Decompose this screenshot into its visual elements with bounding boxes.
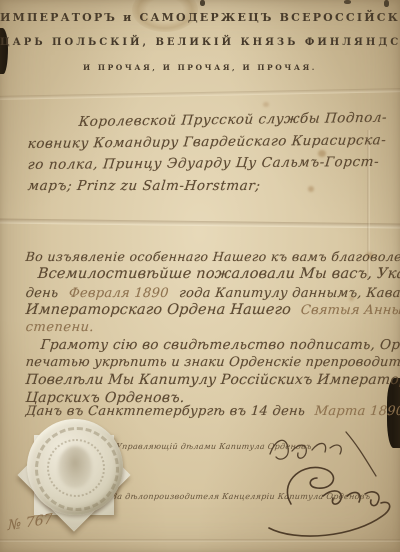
dateline-month-fill: Марта 1890 <box>314 404 400 419</box>
imperial-title-line-2: ЦАРЬ ПОЛЬСКІЙ, ВЕЛИКІЙ КНЯЗЬ ФИНЛЯНДСКІЙ… <box>0 37 400 48</box>
grant-line-4: Императорскаго Ордена Нашего Святыя Анны… <box>25 302 400 318</box>
charter-line-2: печатью укрѣпить и знаки Орденскіе препр… <box>25 355 400 370</box>
registry-number: № 767 <box>8 511 53 534</box>
scanned-imperial-order-charter: { "header": { "line1": "ИМПЕРАТОРЪ и САМ… <box>0 0 400 552</box>
charter-line-3: Повелѣли Мы Капитулу Россійскихъ Императ… <box>25 372 400 388</box>
grant-date-fill: Февраля 1890 <box>68 286 169 301</box>
grant-line-2: Всемилостивѣйше пожаловали Мы васъ, Указ… <box>37 266 400 282</box>
grant-line-4-fixed: Императорскаго Ордена Нашего <box>25 302 292 318</box>
order-name-fill: Святыя Анны второй <box>300 303 400 318</box>
grant-line-3-fixed-a: день <box>25 286 59 301</box>
dateline-fixed-a: Данъ въ Санктпетербургѣ въ 14 день <box>25 404 306 419</box>
foxing-spot <box>308 186 314 192</box>
cut-off-text-remnant <box>344 0 351 4</box>
dateline: Данъ въ Санктпетербургѣ въ 14 день Марта… <box>25 404 400 419</box>
grant-line-5: степени. <box>25 320 95 335</box>
imperial-title-line-3: И ПРОЧАЯ, И ПРОЧАЯ, И ПРОЧАЯ. <box>0 63 400 72</box>
charter-line-1: Грамоту сію во свидѣтельство подписать, … <box>40 337 400 353</box>
grant-line-3: день Февраля 1890 года Капитулу даннымъ,… <box>25 286 400 301</box>
fold-crease-middle <box>0 218 400 228</box>
recipient-line: маръ; Prinz zu Salm-Horstmar; <box>27 178 261 194</box>
cut-off-text-remnant <box>200 0 205 6</box>
grant-line-1: Во изъявленіе особеннаго Нашего къ вамъ … <box>25 249 400 264</box>
double-headed-eagle-relief <box>58 446 92 488</box>
grant-line-3-fixed-b: года Капитулу даннымъ, Кавалеромъ <box>178 286 400 301</box>
recipient-line: Королевской Прусской службы Подпол- <box>78 110 388 130</box>
foxing-spot <box>263 102 269 107</box>
imperial-title-line-1: ИМПЕРАТОРЪ и САМОДЕРЖЕЦЪ ВСЕРОССІЙСКІЙ, <box>0 11 400 24</box>
fold-crease-upper <box>0 88 400 100</box>
signature-clerk <box>263 452 398 552</box>
cut-off-text-remnant <box>384 0 389 7</box>
recipient-line: ковнику Командиру Гвардейскаго Кирасирск… <box>27 132 387 152</box>
recipient-line: го полка, Принцу Эдуарду Цу Сальмъ-Горст… <box>27 154 380 173</box>
